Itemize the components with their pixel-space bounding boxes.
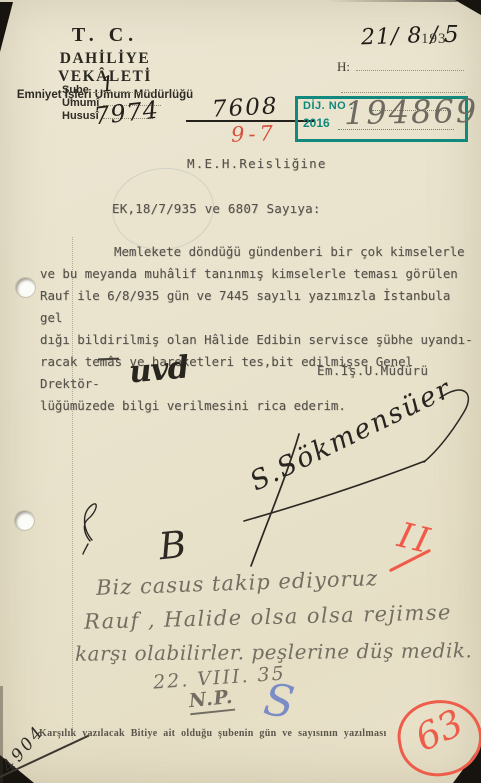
addressee-line: M.E.H.Reisliğine <box>187 156 327 171</box>
scan-edge-shadow-left <box>0 686 3 783</box>
punch-hole-bottom <box>15 511 34 530</box>
approval-initials-handwritten: uvd <box>128 349 190 390</box>
pencil-note-line: Rauf , Halide olsa olsa rejimse <box>84 600 452 634</box>
circled-number-value: 63 <box>409 701 470 760</box>
scan-edge-shadow-top <box>327 0 457 2</box>
h-label: H: <box>337 59 350 75</box>
body-line: Memlekete döndüğü gündenberi bir çok kim… <box>40 241 476 263</box>
date-year-printed: 193 <box>421 31 447 48</box>
digitization-stamp: DİJ. NO : 2016 194869 <box>295 96 468 142</box>
pencil-note-line: Biz casus takip ediyoruz <box>96 566 379 600</box>
body-line: ve bu meyanda muhâlif tanınmış kimselerl… <box>40 263 476 285</box>
stamp-number-pencil: 194869 <box>344 92 479 132</box>
punch-hole-top <box>16 278 35 297</box>
letterhead-tc: T. C. <box>14 24 196 47</box>
sube-label: Şube <box>62 84 89 96</box>
body-line: Rauf ile 6/8/935 gün ve 7445 sayılı yazı… <box>40 285 476 329</box>
blue-paraph: S <box>261 674 298 729</box>
stamp-year: 2016 <box>303 116 330 130</box>
pencil-note-line: karşı olabilirler. peşlerine düş medik. <box>75 638 472 665</box>
date-year-digit-handwritten: 5 <box>444 22 459 48</box>
paraph-mark <box>83 504 96 554</box>
hususi-number-handwritten: 7974 <box>93 96 161 131</box>
sube-number-handwritten: 1 <box>100 71 116 96</box>
h-dotted-line-2 <box>341 82 465 93</box>
body-line: dığı bildirilmiş olan Hâlide Edibin serv… <box>40 329 476 351</box>
footer-instruction: Karşılık yazılacak Bitiye ait olduğu şub… <box>39 728 387 739</box>
scan-corner-top-right <box>455 0 481 15</box>
scanned-letter-page: T. C. DAHİLİYE VEKÂLETİ Emniyet İşleri U… <box>0 0 481 783</box>
red-code-handwritten: 9-7 <box>231 121 278 147</box>
h-dotted-line <box>356 60 464 71</box>
reference-line: EK,18/7/935 ve 6807 Sayıya: <box>112 201 321 216</box>
pencil-initials: N.P. <box>188 686 235 716</box>
signer-title: Em.İş.U.Müdürü <box>317 363 428 378</box>
letter-b-annotation: B <box>157 523 189 569</box>
reference-number-handwritten: 7608 <box>211 93 279 122</box>
scan-corner-top-left <box>0 2 13 52</box>
